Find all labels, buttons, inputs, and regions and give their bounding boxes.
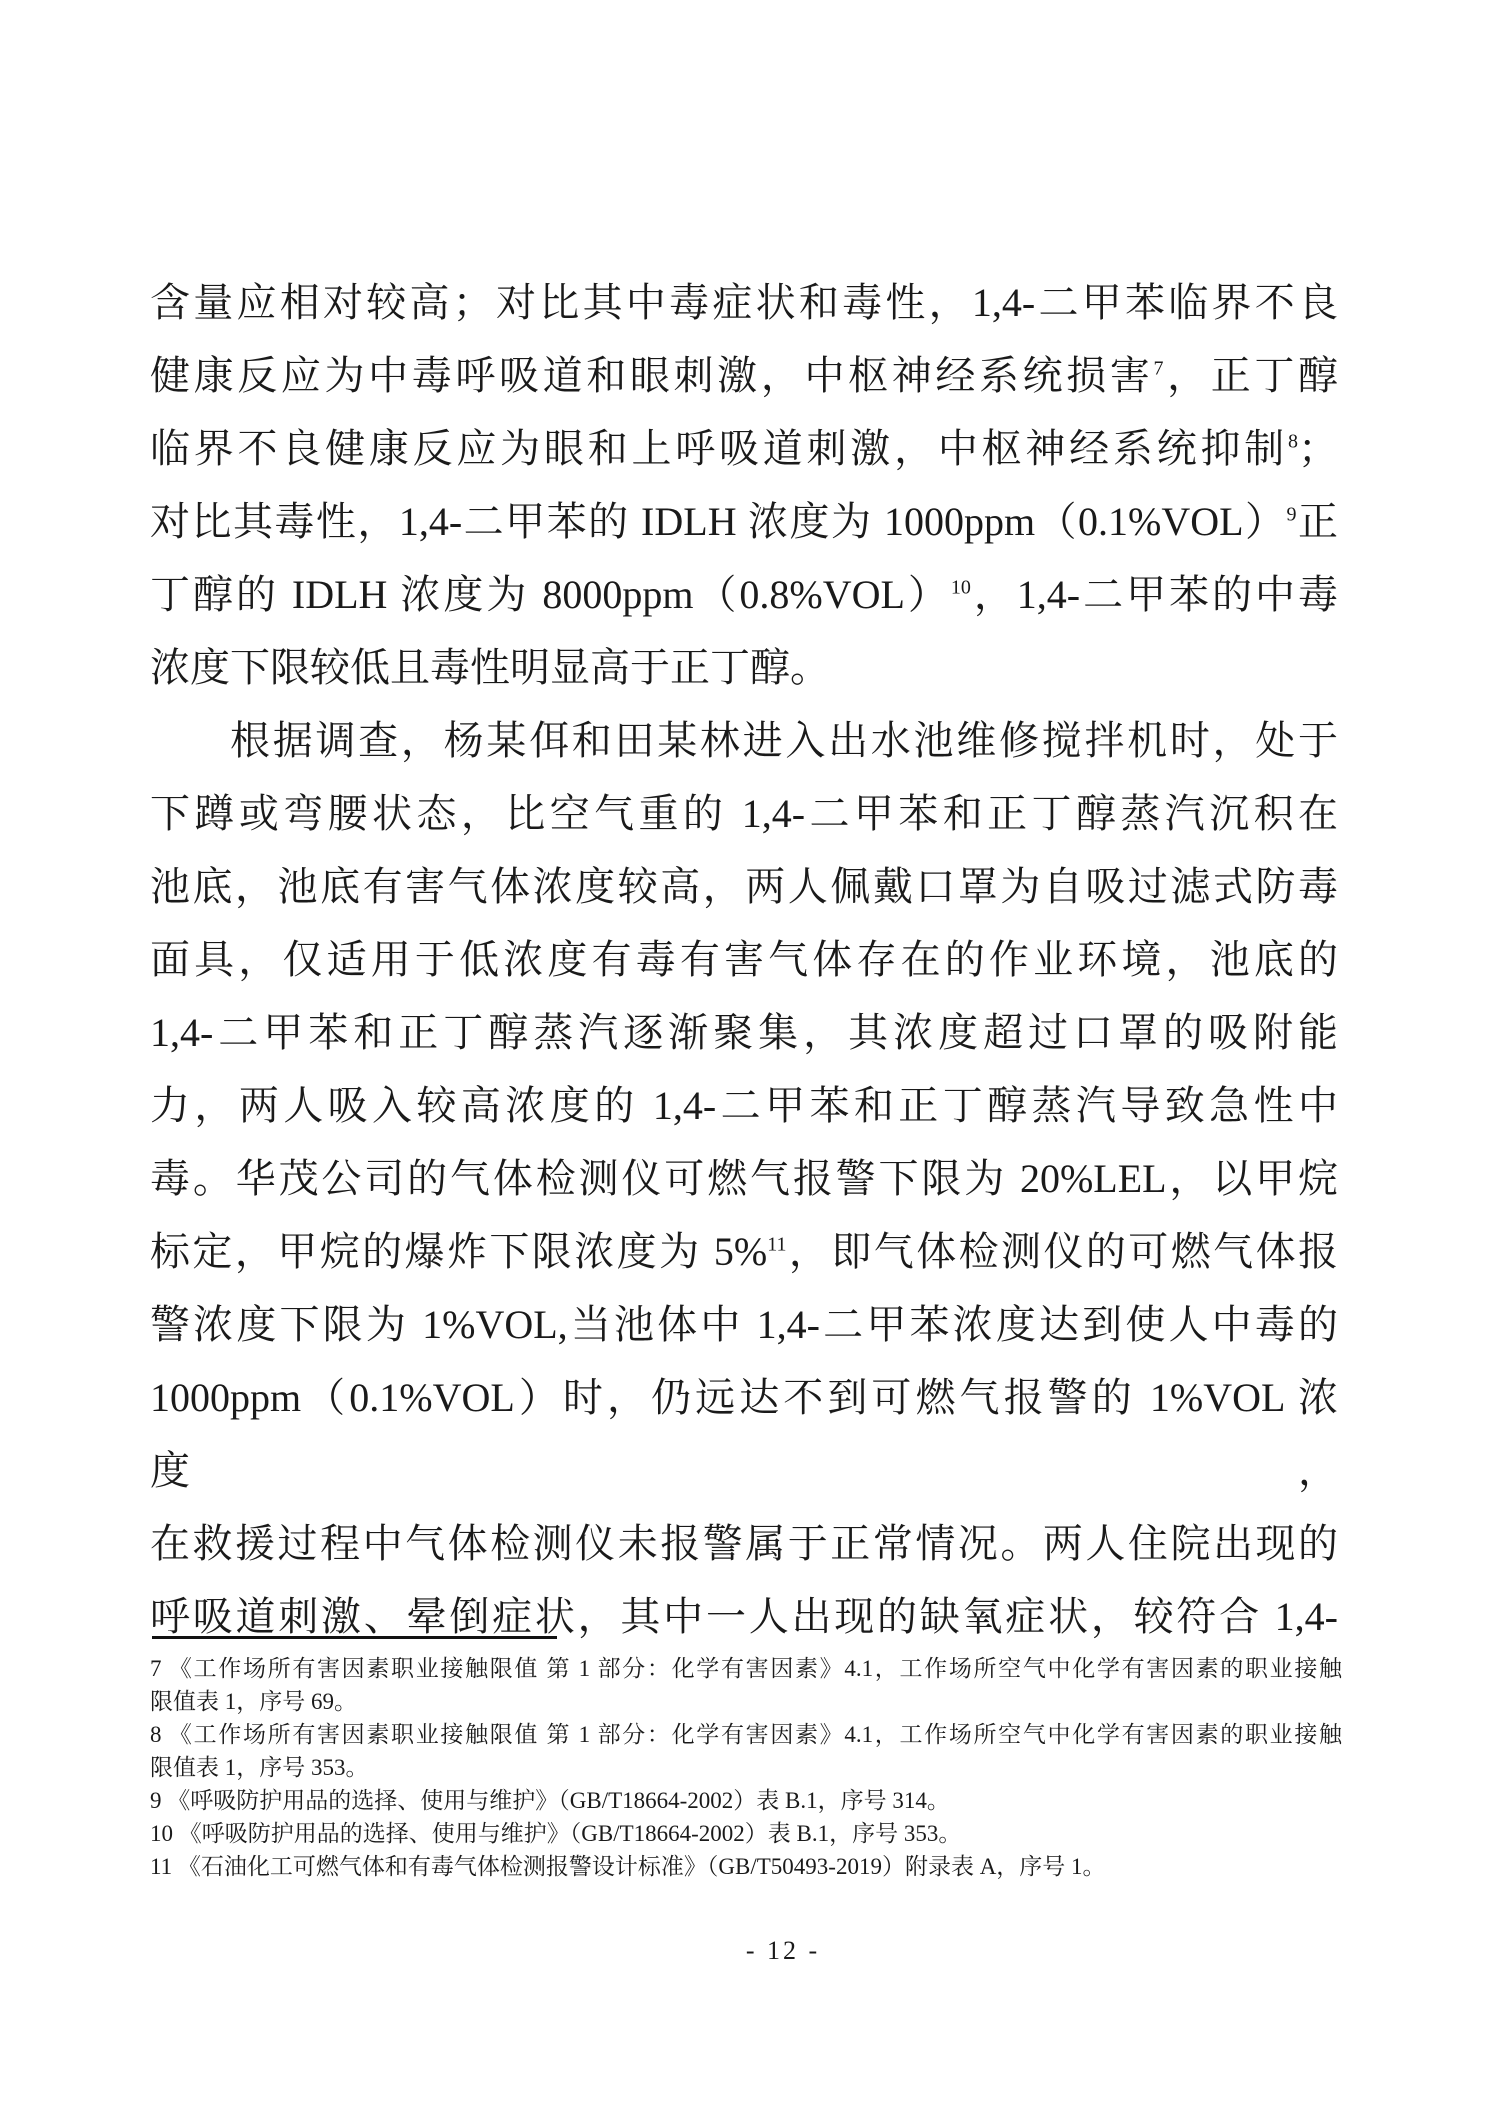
footnote-separator: [152, 1636, 557, 1639]
document-body: 含量应相对较高；对比其中毒症状和毒性，1,4-二甲苯临界不良健康反应为中毒呼吸道…: [150, 266, 1338, 1653]
page-number: - 12 -: [746, 1936, 820, 1966]
footnote-reference: 7: [1153, 358, 1163, 380]
footnote-item: 11 《石油化工可燃气体和有毒气体检测报警设计标准》（GB/T50493-201…: [150, 1850, 1342, 1883]
body-text-line: 标定，甲烷的爆炸下限浓度为 5%11，即气体检测仪的可燃气体报: [150, 1215, 1338, 1288]
body-text-line: 下蹲或弯腰状态，比空气重的 1,4-二甲苯和正丁醇蒸汽沉积在: [150, 777, 1338, 850]
footnote-line: 限值表 1，序号 69。: [150, 1685, 1342, 1718]
footnote-item: 10 《呼吸防护用品的选择、使用与维护》（GB/T18664-2002）表 B.…: [150, 1817, 1342, 1850]
body-text-line: 警浓度下限为 1%VOL,当池体中 1,4-二甲苯浓度达到使人中毒的: [150, 1288, 1338, 1361]
footnote-line: 7 《工作场所有害因素职业接触限值 第 1 部分：化学有害因素》4.1，工作场所…: [150, 1652, 1342, 1685]
body-text-line: 面具，仅适用于低浓度有毒有害气体存在的作业环境，池底的: [150, 923, 1338, 996]
footnote-reference: 10: [951, 577, 971, 599]
footnotes-section: 7 《工作场所有害因素职业接触限值 第 1 部分：化学有害因素》4.1，工作场所…: [150, 1652, 1342, 1883]
footnote-item: 7 《工作场所有害因素职业接触限值 第 1 部分：化学有害因素》4.1，工作场所…: [150, 1652, 1342, 1718]
body-text-line: 丁醇的 IDLH 浓度为 8000ppm（0.8%VOL）10，1,4-二甲苯的…: [150, 558, 1338, 631]
footnote-line: 9 《呼吸防护用品的选择、使用与维护》（GB/T18664-2002）表 B.1…: [150, 1784, 1342, 1817]
footnote-line: 限值表 1，序号 353。: [150, 1751, 1342, 1784]
body-text-line: 1000ppm（0.1%VOL）时，仍远达不到可燃气报警的 1%VOL 浓度，: [150, 1361, 1338, 1507]
body-text-line: 1,4-二甲苯和正丁醇蒸汽逐渐聚集，其浓度超过口罩的吸附能: [150, 996, 1338, 1069]
body-text-line: 呼吸道刺激、晕倒症状，其中一人出现的缺氧症状，较符合 1,4-: [150, 1580, 1338, 1653]
body-text-line: 根据调查，杨某佴和田某林进入出水池维修搅拌机时，处于: [150, 704, 1338, 777]
footnote-item: 8 《工作场所有害因素职业接触限值 第 1 部分：化学有害因素》4.1，工作场所…: [150, 1718, 1342, 1784]
document-page: 含量应相对较高；对比其中毒症状和毒性，1,4-二甲苯临界不良健康反应为中毒呼吸道…: [0, 0, 1486, 2103]
footnote-reference: 9: [1287, 504, 1297, 526]
footnote-line: 11 《石油化工可燃气体和有毒气体检测报警设计标准》（GB/T50493-201…: [150, 1850, 1342, 1883]
body-text-line: 含量应相对较高；对比其中毒症状和毒性，1,4-二甲苯临界不良: [150, 266, 1338, 339]
body-text-line: 毒。华茂公司的气体检测仪可燃气报警下限为 20%LEL，以甲烷: [150, 1142, 1338, 1215]
body-text-line: 健康反应为中毒呼吸道和眼刺激，中枢神经系统损害7，正丁醇: [150, 339, 1338, 412]
footnote-line: 10 《呼吸防护用品的选择、使用与维护》（GB/T18664-2002）表 B.…: [150, 1817, 1342, 1850]
body-text-line: 力，两人吸入较高浓度的 1,4-二甲苯和正丁醇蒸汽导致急性中: [150, 1069, 1338, 1142]
body-text-line: 临界不良健康反应为眼和上呼吸道刺激，中枢神经系统抑制8；: [150, 412, 1338, 485]
footnote-reference: 11: [767, 1234, 786, 1256]
body-text-line: 对比其毒性，1,4-二甲苯的 IDLH 浓度为 1000ppm（0.1%VOL）…: [150, 485, 1338, 558]
footnote-reference: 8: [1288, 431, 1298, 453]
footnote-item: 9 《呼吸防护用品的选择、使用与维护》（GB/T18664-2002）表 B.1…: [150, 1784, 1342, 1817]
body-text-line: 池底，池底有害气体浓度较高，两人佩戴口罩为自吸过滤式防毒: [150, 850, 1338, 923]
body-text-line: 在救援过程中气体检测仪未报警属于正常情况。两人住院出现的: [150, 1507, 1338, 1580]
body-text-line: 浓度下限较低且毒性明显高于正丁醇。: [150, 631, 1338, 704]
footnote-line: 8 《工作场所有害因素职业接触限值 第 1 部分：化学有害因素》4.1，工作场所…: [150, 1718, 1342, 1751]
